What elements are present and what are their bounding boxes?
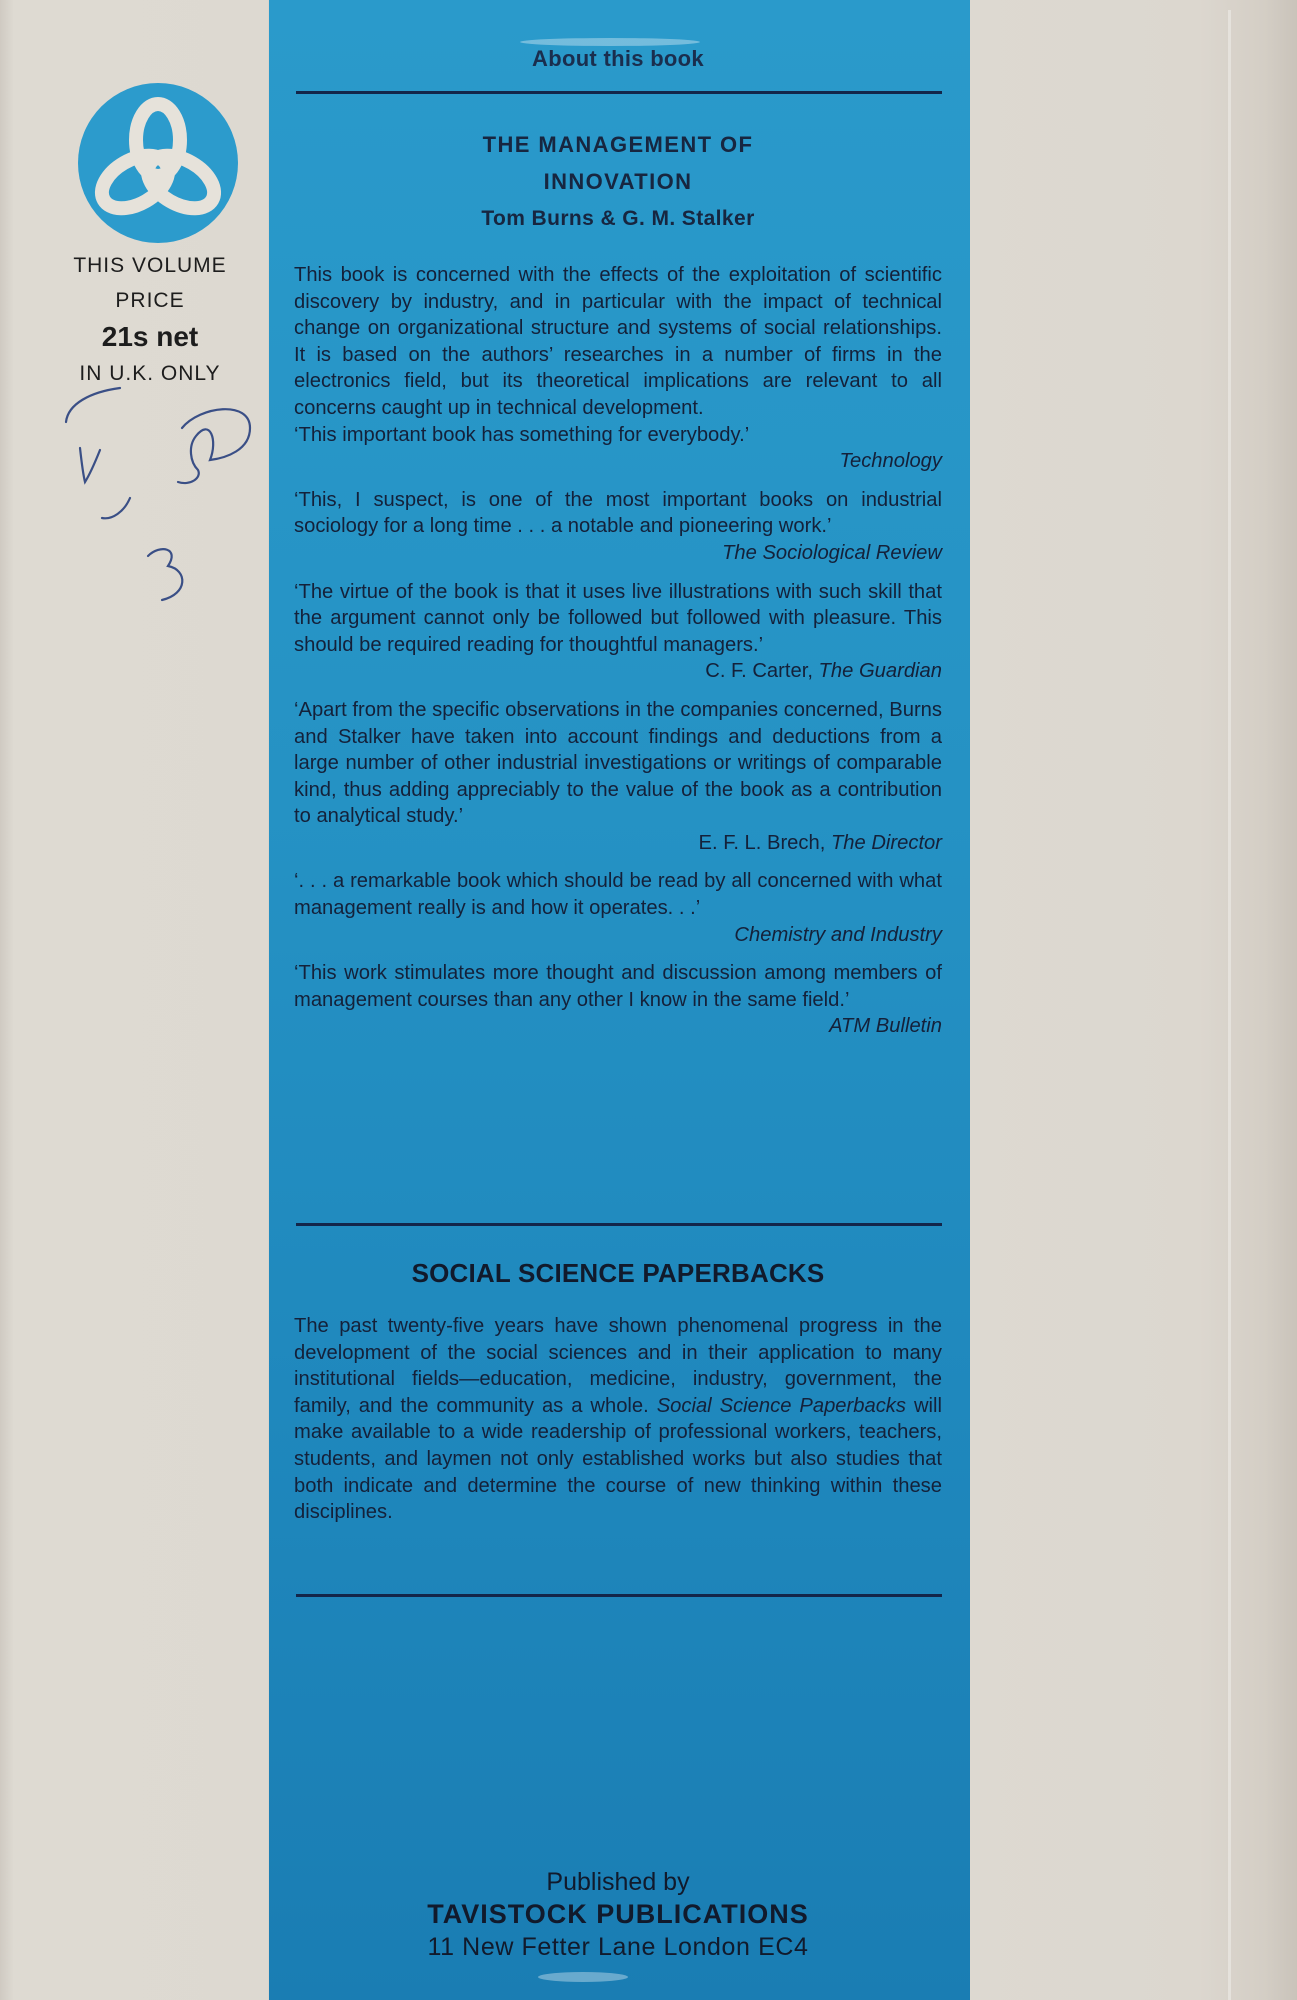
quote-text: ‘. . . a remarkable book which should be… [294, 870, 942, 919]
quote-source: Technology [294, 448, 942, 475]
review-quote: ‘The virtue of the book is that it uses … [294, 579, 942, 685]
publisher-name: TAVISTOCK PUBLICATIONS [294, 1898, 942, 1931]
about-heading: About this book [294, 46, 942, 72]
book-description: This book is concerned with the effects … [294, 262, 942, 422]
quote-text: ‘This, I suspect, is one of the most imp… [294, 489, 942, 538]
divider-rule [296, 1594, 942, 1597]
divider-rule [296, 1223, 942, 1226]
about-body: This book is concerned with the effects … [294, 262, 942, 1052]
publisher-address: 11 New Fetter Lane London EC4 [294, 1931, 942, 1964]
quote-publication: The Guardian [819, 660, 942, 682]
price-price: PRICE [45, 283, 255, 318]
review-quote: ‘This, I suspect, is one of the most imp… [294, 487, 942, 567]
quote-text: ‘The virtue of the book is that it uses … [294, 581, 942, 656]
quote-source: C. F. Carter, The Guardian [294, 658, 942, 685]
quote-text: ‘This work stimulates more thought and d… [294, 962, 942, 1011]
price-value: 21s net [45, 318, 255, 356]
quote-attribution: C. F. Carter, [705, 660, 818, 682]
cover-fold-crease [1228, 10, 1231, 2000]
review-quote: ‘This work stimulates more thought and d… [294, 960, 942, 1040]
published-by: Published by [294, 1866, 942, 1898]
surface-wear [538, 1972, 628, 1982]
review-quote: ‘Apart from the specific observations in… [294, 697, 942, 857]
price-label: THIS VOLUME PRICE 21s net IN U.K. ONLY [45, 248, 255, 391]
series-title: SOCIAL SCIENCE PAPERBACKS [294, 1258, 942, 1289]
quote-text: ‘Apart from the specific observations in… [294, 699, 942, 827]
publisher-block: Published by TAVISTOCK PUBLICATIONS 11 N… [294, 1866, 942, 1964]
quote-source: Chemistry and Industry [294, 922, 942, 949]
surface-wear [520, 38, 700, 46]
divider-rule [296, 91, 942, 94]
book-title-line-1: THE MANAGEMENT OF [294, 126, 942, 163]
series-name-italic: Social Science Paperbacks [657, 1395, 906, 1417]
triquetra-knot-icon [77, 82, 239, 244]
quote-source: The Sociological Review [294, 540, 942, 567]
handwritten-marks [50, 378, 280, 618]
series-description: The past twenty-five years have shown ph… [294, 1313, 942, 1526]
quote-source: E. F. L. Brech, The Director [294, 830, 942, 857]
quote-publication: The Director [831, 832, 942, 854]
quote-attribution: E. F. L. Brech, [699, 832, 831, 854]
price-this-volume: THIS VOLUME [45, 248, 255, 283]
book-authors: Tom Burns & G. M. Stalker [294, 207, 942, 231]
review-quote: ‘. . . a remarkable book which should be… [294, 868, 942, 948]
book-title: THE MANAGEMENT OF INNOVATION [294, 126, 942, 200]
book-title-line-2: INNOVATION [294, 163, 942, 200]
quote-text: ‘This important book has something for e… [294, 422, 942, 449]
quote-source: ATM Bulletin [294, 1013, 942, 1040]
cover-right-panel [970, 0, 1297, 2000]
